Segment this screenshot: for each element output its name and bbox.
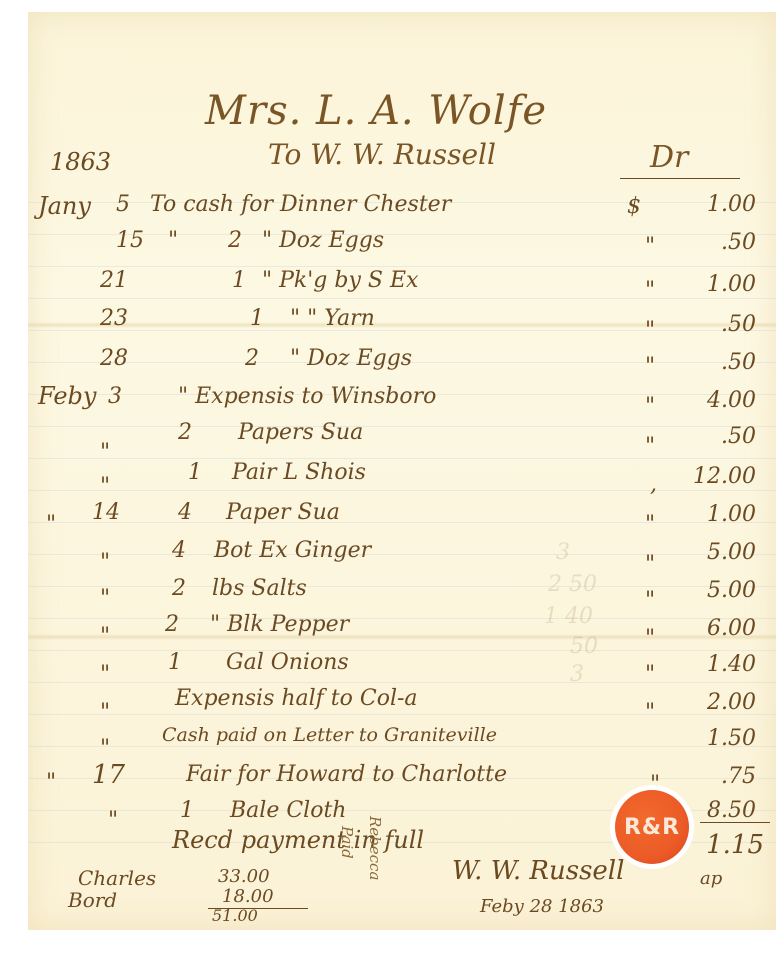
watermark-logo-badge: R&R	[615, 790, 689, 864]
entry-day: "	[100, 474, 110, 499]
entry-ditto: ,	[650, 472, 657, 497]
signature-suffix: ap	[700, 868, 722, 889]
entry-ditto: "	[645, 234, 655, 259]
receipt-date: Feby 28 1863	[480, 896, 604, 917]
entry-description: Bale Cloth	[230, 798, 346, 823]
entry-amount: 6.00	[676, 616, 756, 641]
faded-figure: 2 50	[548, 572, 597, 597]
entry-description: Cash paid on Letter to Graniteville	[162, 724, 497, 746]
faded-figure: 3	[556, 540, 570, 565]
entry-day: "	[108, 808, 118, 833]
entry-qty: 1	[250, 306, 264, 331]
entry-day: 3	[108, 384, 122, 409]
entry-qty: 1	[168, 650, 182, 675]
receipt-line: Recd payment in full	[172, 826, 424, 854]
entry-day: "	[100, 440, 110, 465]
entry-ditto: "	[645, 354, 655, 379]
entry-description: Paper Sua	[226, 500, 340, 525]
entry-day: 14	[92, 500, 120, 525]
side-value-2: 18.00	[222, 886, 274, 907]
entry-qty: 4	[172, 538, 186, 563]
signature: W. W. Russell	[452, 856, 624, 886]
side-total: 51.00	[212, 906, 258, 925]
entry-day: "	[100, 700, 110, 725]
entry-description: " Expensis to Winsboro	[178, 384, 436, 409]
entry-day: "	[100, 662, 110, 687]
entry-ditto: "	[645, 512, 655, 537]
entry-dollar: $	[627, 194, 641, 219]
entry-qty: 2	[178, 420, 192, 445]
year: 1863	[50, 148, 111, 176]
side-value-1: 33.00	[218, 866, 270, 887]
entry-description: To cash for Dinner Chester	[150, 192, 451, 217]
entry-description: " Doz Eggs	[290, 346, 412, 371]
entry-description: Papers Sua	[238, 420, 363, 445]
entry-amount: 5.00	[676, 540, 756, 565]
entry-ditto: "	[645, 318, 655, 343]
entry-ditto: "	[645, 434, 655, 459]
entry-day: "	[100, 624, 110, 649]
entry-day: 5	[116, 192, 130, 217]
entry-ditto: "	[645, 662, 655, 687]
entry-description: Pair L Shois	[232, 460, 366, 485]
entry-month: Jany	[38, 192, 91, 220]
faded-figure: 3	[570, 662, 584, 687]
entry-day: 21	[100, 268, 128, 293]
entry-day: 23	[100, 306, 128, 331]
entry-amount: 12.00	[676, 464, 756, 489]
entry-ditto: "	[645, 394, 655, 419]
entry-description: Bot Ex Ginger	[214, 538, 371, 563]
entry-day: "	[100, 550, 110, 575]
side-name-2: Bord	[68, 888, 117, 912]
entry-qty: 2	[245, 346, 259, 371]
entry-amount: 1.00	[676, 502, 756, 527]
entry-day: 17	[92, 760, 125, 790]
entry-day: 15	[116, 228, 144, 253]
entry-ditto: "	[645, 700, 655, 725]
entry-description: Gal Onions	[226, 650, 349, 675]
entry-amount: 5.00	[676, 578, 756, 603]
entry-qty: 4	[178, 500, 192, 525]
entry-qty: 1	[232, 268, 246, 293]
entry-ditto: "	[645, 278, 655, 303]
entry-month: "	[46, 770, 56, 795]
entry-amount: .75	[676, 764, 756, 789]
entry-day: "	[100, 736, 110, 761]
entry-qty: 1	[180, 798, 194, 823]
entry-qty: 2	[165, 612, 179, 637]
entry-description: lbs Salts	[212, 576, 307, 601]
entry-ditto: "	[645, 626, 655, 651]
entry-amount: .50	[676, 350, 756, 375]
debit-mark: Dr	[650, 140, 688, 175]
entry-amount: 1.00	[676, 272, 756, 297]
entry-amount: 1.00	[676, 192, 756, 217]
entry-amount: .50	[676, 230, 756, 255]
margin-note-paid: Paid	[338, 826, 356, 859]
entry-description: " " Yarn	[290, 306, 375, 331]
entry-description: " Blk Pepper	[210, 612, 349, 637]
entry-qty: 1	[188, 460, 202, 485]
faded-figure: 1 40	[544, 604, 593, 629]
entry-day: "	[100, 586, 110, 611]
entry-month: "	[46, 512, 56, 537]
entry-amount: 2.00	[676, 690, 756, 715]
entry-amount: 1.50	[676, 726, 756, 751]
side-name-1: Charles	[78, 866, 156, 890]
entry-amount: 1.40	[676, 652, 756, 677]
entry-qty: 2	[228, 228, 242, 253]
total-amount: 1.15	[684, 830, 764, 860]
entry-amount: .50	[676, 312, 756, 337]
entry-description: Fair for Howard to Charlotte	[186, 762, 507, 787]
watermark-logo: R&R	[610, 785, 694, 869]
entry-amount: .50	[676, 424, 756, 449]
entry-ditto: "	[645, 588, 655, 613]
addressee: Mrs. L. A. Wolfe	[205, 88, 547, 134]
entry-ditto: "	[645, 552, 655, 577]
entry-description: " Doz Eggs	[262, 228, 384, 253]
entry-month: Feby	[38, 382, 96, 410]
faded-figure: 50	[570, 634, 598, 659]
creditor-line: To W. W. Russell	[268, 138, 496, 171]
entry-amount: 4.00	[676, 388, 756, 413]
entry-qty: 2	[172, 576, 186, 601]
margin-note-name: Rebecca	[366, 816, 384, 880]
entry-day: 28	[100, 346, 128, 371]
entry-description: Expensis half to Col-a	[175, 686, 418, 711]
entry-description: " Pk'g by S Ex	[262, 268, 418, 293]
